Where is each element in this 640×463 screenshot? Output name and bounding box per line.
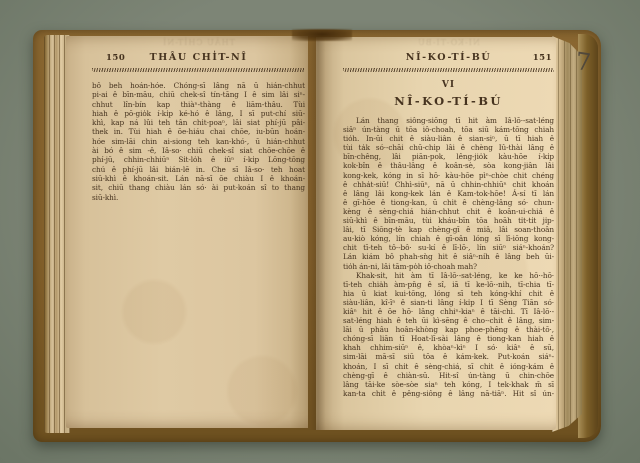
text-line: au-kiò kóng, lín chiah ê gī-oân lóng sī … bbox=[343, 234, 554, 243]
text-line: kiâⁿ hit ê ōe hō· lâng chhiⁿ-kiaⁿ ê tāi-… bbox=[343, 307, 554, 316]
text-line: phí-jū, chhin-chhiūⁿ Si̍t-lo̍h ê iûⁿ í-k… bbox=[92, 155, 305, 164]
text-line: ê gī-hōe ê tiong-kan, ū chi̍t ê chèng-lâ… bbox=[343, 198, 554, 207]
text-line: pi-ai ê bīn-māu, chiū chek-sî tín-tāng I… bbox=[92, 90, 305, 99]
text-line: Lán kiám bô phah-sǹg hit ê siâⁿ-ni̍h ê l… bbox=[343, 252, 554, 261]
text-line: sit, chiū thang chiàu lán só· ài put-koá… bbox=[92, 183, 305, 192]
text-line: bô beh hoán-hóe. Chóng-sī lâng nā ū hián… bbox=[92, 81, 305, 90]
chapter-title: NÎ-KO-TÍ-BÚ bbox=[343, 94, 554, 108]
text-line: chú ê phí-jū lâi bián-lē in. Che sī Iâ-s… bbox=[92, 165, 305, 174]
right-page-content: NÎ-KO-TÍ-BÚ NÎ-KO-TÍ-BÚ 151 VI NÎ-KO-TÍ-… bbox=[343, 52, 554, 398]
text-line: thek in. Tùi hiah ê ōe-hiáu chai chōe, i… bbox=[92, 127, 305, 136]
page-stack-edges-right bbox=[552, 36, 582, 432]
text-line: siàu-liân, kî-īⁿ ê sian-ti lâng í-ki̍p I… bbox=[343, 298, 554, 307]
text-line: siâⁿ ún-tàng ū tōa iô-choah, tōa siū kám… bbox=[343, 125, 554, 134]
text-line: sat-léng hiah ê teh ūi kì-sēng ê cho·-ch… bbox=[343, 316, 554, 325]
left-body-text: bô beh hoán-hóe. Chóng-sī lâng nā ū hián… bbox=[92, 81, 305, 202]
text-line: lâi, tī Siōng-tè kap chèng-gī ê miâ, lâi… bbox=[343, 225, 554, 234]
chapter-number: VI bbox=[343, 80, 554, 90]
text-line: khì, kap ná lûi teh tân chi̍t-poaⁿ, lâi … bbox=[92, 118, 305, 127]
text-line: kèng ê sèng-chiá hián-chhut chit ê koân-… bbox=[343, 207, 554, 216]
handwritten-margin-mark: 7 bbox=[575, 49, 591, 75]
text-line: siū-khì ê khoán-sit. Lán nā-sī ōe chiàu … bbox=[92, 174, 305, 183]
text-line: chit tī-teh tô·-bô· su-kí ê lī-lō·, lín … bbox=[343, 243, 554, 252]
left-running-header-row: THÂU CHI̍T-NÎ 150 THÂU CHI̍T-NÎ bbox=[92, 52, 305, 65]
text-line: sim-lāi mā-sī siū tōa ê kám-kek. Put-koá… bbox=[343, 352, 554, 361]
right-running-header: NÎ-KO-TÍ-BÚ bbox=[343, 52, 554, 63]
text-line: tùi ta̍k só·-chāi chū-chi̍p lâi ê chèng … bbox=[343, 143, 554, 152]
photo-background: THÂU CHI̍T-NÎ 150 THÂU CHI̍T-NÎ bô beh h… bbox=[0, 0, 640, 463]
right-page-number: 151 bbox=[533, 53, 552, 63]
text-line: kok-bîn ê thâu-lâng ê koân-sè, sòa kong-… bbox=[343, 161, 554, 170]
text-line: ê chha̍t-siū! Chhì-siūⁿ, nā ū chhin-chhi… bbox=[343, 180, 554, 189]
text-line: Khak-si̍t, hit àm tī Iâ-lō·-sat-léng, ke… bbox=[343, 271, 554, 280]
text-line: ài bó ê sim -ê, Iâ-so· chiū chek-sî siat… bbox=[92, 146, 305, 155]
chapter-paragraph-1: Lán thang siông-siōng tī hit àm Iâ-lō·-s… bbox=[343, 116, 554, 271]
text-line: hóe sim-lāi chin ai-siong teh kan-khó·, … bbox=[92, 137, 305, 146]
text-line: lāi ū phâu hoân-khòng kap phoe-phêng ê t… bbox=[343, 325, 554, 334]
left-header-rule bbox=[92, 68, 305, 72]
text-line: siū-khì. bbox=[92, 193, 305, 202]
text-line: khah chhim-siūⁿ ê, khòaⁿ-kìⁿ I só· kiâⁿ … bbox=[343, 343, 554, 352]
text-line: kong-kek, kóng in sī hō· kàu-hōe pìⁿ-chò… bbox=[343, 171, 554, 180]
text-line: hiah ê pō-gio̍k í-ki̍p ké-hó ê lâng, I s… bbox=[92, 109, 305, 118]
text-line: tio̍h. In-ūi chit ê siàu-liân ê sian-siⁿ… bbox=[343, 134, 554, 143]
text-line: siū-khì ê bīn-māu, tùi kháu-bīn tōa hoāh… bbox=[343, 216, 554, 225]
right-running-header-row: NÎ-KO-TÍ-BÚ NÎ-KO-TÍ-BÚ 151 bbox=[343, 52, 554, 65]
show-through-text: THÂU CHI̍T-NÎ bbox=[92, 38, 305, 47]
text-line: kan-ta chi̍t ê pêng-siông ê lâng nā-tiāⁿ… bbox=[343, 389, 554, 398]
text-line: bīn-chêng, lâi piān-pok, lêng-jio̍k kàu-… bbox=[343, 152, 554, 161]
left-page-content: THÂU CHI̍T-NÎ 150 THÂU CHI̍T-NÎ bô beh h… bbox=[92, 52, 305, 202]
chapter-paragraph-2: Khak-si̍t, hit àm tī Iâ-lō·-sat-léng, ke… bbox=[343, 271, 554, 398]
text-line: tī-teh chia̍h àm-pn̄g ê sî, iā tī ke-lō·… bbox=[343, 280, 554, 289]
text-line: chóng-sī liān tī Hoat-lī-sài lâng ê tion… bbox=[343, 334, 554, 343]
text-line: khoán, I sī chi̍t ê sèng-chiá, sī chi̍t … bbox=[343, 362, 554, 371]
text-line: chhut lîn-bín kap thiàⁿ-thàng ê liām-thâ… bbox=[92, 100, 305, 109]
text-line: hia ū kiat kui-tōng, lóng sī teh kóng-kh… bbox=[343, 289, 554, 298]
text-line: Lán thang siông-siōng tī hit àm Iâ-lō·-s… bbox=[343, 116, 554, 125]
text-line: tio̍h án-ni, lâi tām-po̍h iô-choah mah? bbox=[343, 262, 554, 271]
right-header-rule bbox=[343, 68, 554, 72]
text-line: ê lâng lâi kong-kek lán ê Kam-tok-hōe! Á… bbox=[343, 189, 554, 198]
text-line: chèng-gī ê chiàn-sū. Hit-sî ún-tàng ū ch… bbox=[343, 371, 554, 380]
show-through-text: NÎ-KO-TÍ-BÚ bbox=[343, 38, 554, 47]
left-running-header: THÂU CHI̍T-NÎ bbox=[92, 52, 305, 63]
text-line: lâng tāi-ke sòe-sòe siaⁿ teh kóng, I tek… bbox=[343, 380, 554, 389]
